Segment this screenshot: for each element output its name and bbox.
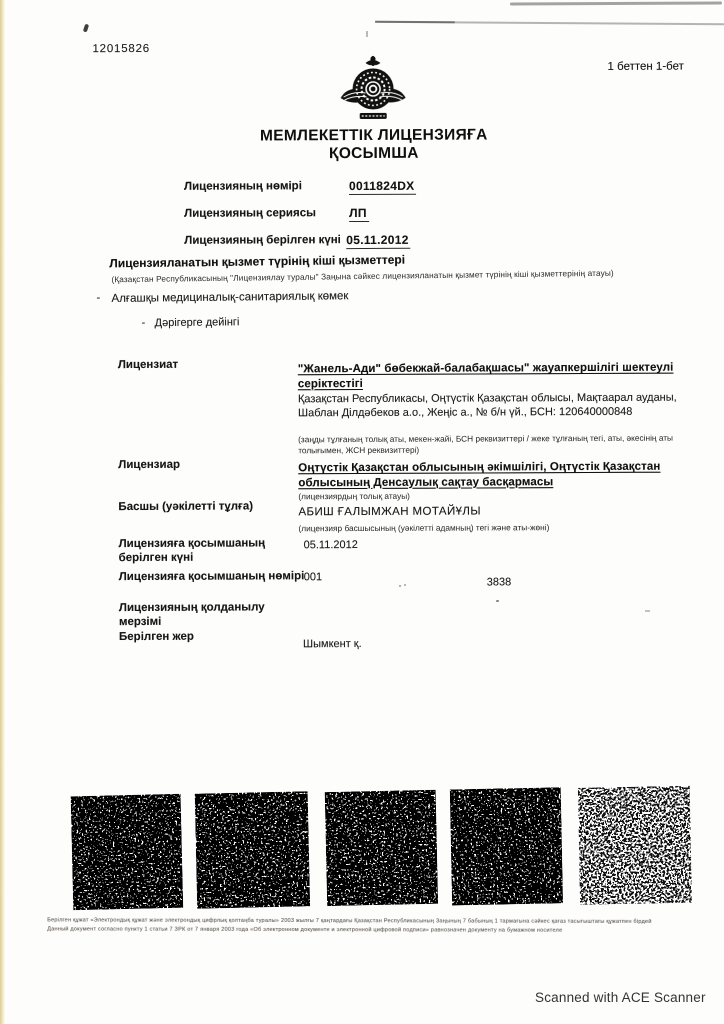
licensor-name: Оңтүстік Қазақстан облысының әкімшілігі,… [298, 460, 700, 491]
appendix-issue-date-label: Лицензияға қосымшаның берілген күні [119, 536, 304, 565]
appendix-issue-date-value: 05.11.2012 [304, 539, 358, 551]
coat-of-arms-icon [339, 53, 406, 123]
licensor-label: Лицензиар [118, 459, 180, 471]
scanner-watermark: Scanned with ACE Scanner [535, 990, 706, 1005]
document-number: 12015826 [92, 43, 150, 55]
issue-place-value: Шымкент қ. [303, 638, 362, 650]
head-person-name: АБИШ ҒАЛЫМЖАН МОТАЙҰЛЫ [298, 505, 700, 519]
appendix-number-value: 001 [304, 571, 322, 583]
validity-period-label: Лицензияның қолданылу мерзімі [119, 600, 299, 629]
issue-place-label: Берілген жер [119, 631, 194, 643]
scanned-license-document: 12015826 1 беттен 1-бет [0, 0, 724, 1024]
license-series-label: Лицензияның сериясы [184, 207, 316, 220]
activity-item-primary-care: Алғашқы медициналық-санитариялық көмек [111, 290, 348, 305]
appendix-code-value: 3838 [487, 576, 512, 588]
appendix-number-label: Лицензияға қосымшаның нөмірі [119, 570, 305, 583]
title-line-2: ҚОСЫМША [181, 144, 567, 163]
licensee-address: Қазақстан Республикасы, Оңтүстік Қазақст… [298, 392, 700, 421]
licensor-note: (лицензиярдың толық атауы) [298, 490, 700, 502]
head-person-label: Басшы (уәкілетті тұлға) [118, 500, 253, 513]
activity-section-heading: Лицензияланатын қызмет түрінің кіші қызм… [109, 253, 405, 271]
license-series-value: ЛП [349, 206, 369, 222]
activity-section-subheading: (Қазақстан Республикасының "Лицензиялау … [111, 268, 613, 285]
qr-code-block [325, 790, 438, 906]
qr-code-block [578, 786, 692, 905]
legal-note-kazakh: Берілген құжат «Электрондық құжат және э… [47, 917, 651, 925]
document-title: МЕМЛЕКЕТТІК ЛИЦЕНЗИЯҒА ҚОСЫМША [181, 126, 567, 163]
activity-item-bullet: - [96, 292, 100, 304]
license-issue-date-value: 05.11.2012 [346, 233, 410, 249]
qr-code-block [71, 794, 184, 911]
title-line-1: МЕМЛЕКЕТТІК ЛИЦЕНЗИЯҒА [181, 126, 567, 145]
activity-subitem-predoctor: Дәрігерге дейінгі [155, 316, 240, 329]
license-issue-date-label: Лицензияның берілген күні [184, 234, 341, 247]
licensee-note: (заңды тұлғаның толық аты, мекен-жайі, Б… [298, 433, 700, 456]
licensee-label: Лицензиат [118, 359, 178, 371]
kazakhstan-emblem [339, 53, 406, 123]
qr-code-block [195, 791, 310, 908]
legal-note-russian: Данный документ согласно пункту 1 статьи… [47, 926, 562, 933]
license-number-value: 0011824DX [349, 179, 417, 195]
licensee-name: "Жанель-Ади" бөбекжай-балабақшасы" жауап… [298, 361, 700, 392]
license-number-label: Лицензияның нөмірі [184, 180, 302, 193]
page-indicator: 1 беттен 1-бет [607, 61, 683, 73]
activity-subitem-bullet: - [142, 317, 146, 329]
head-person-note: (лицензияр басшысының (уәкілетті адамның… [298, 522, 700, 534]
qr-code-block [450, 787, 563, 905]
